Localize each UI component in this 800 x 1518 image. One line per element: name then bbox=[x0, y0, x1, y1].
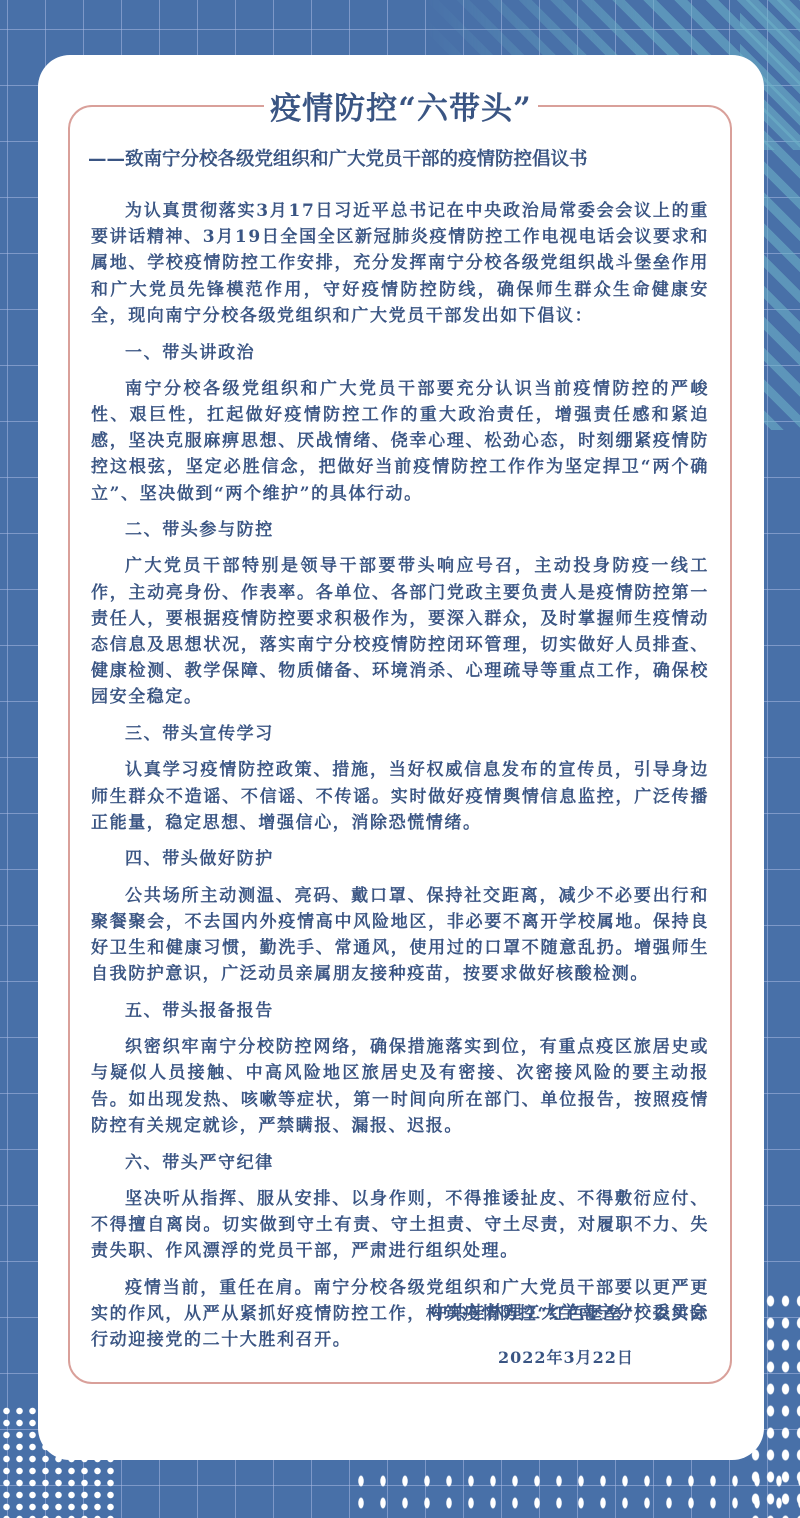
page-title: 疫情防控“六带头” bbox=[264, 83, 538, 128]
section-heading-6: 六、带头严守纪律 bbox=[91, 1150, 709, 1176]
signature: 中共桂林理工大学南宁分校委员会 bbox=[431, 1298, 709, 1323]
document-card: 疫情防控“六带头” ——致南宁分校各级党组织和广大党员干部的疫情防控倡议书 为认… bbox=[38, 55, 764, 1460]
section-text-4: 公共场所主动测温、亮码、戴口罩、保持社交距离，减少不必要出行和聚餐聚会，不去国内… bbox=[91, 883, 709, 988]
document-body: 为认真贯彻落实3月17日习近平总书记在中央政治局常委会会议上的重要讲话精神、3月… bbox=[91, 198, 709, 1364]
date: 2022年3月22日 bbox=[498, 1345, 634, 1368]
title-wrapper: 疫情防控“六带头” bbox=[38, 83, 764, 128]
section-heading-1: 一、带头讲政治 bbox=[91, 340, 709, 366]
section-text-5: 织密织牢南宁分校防控网络，确保措施落实到位，有重点疫区旅居史或与疑似人员接触、中… bbox=[91, 1034, 709, 1139]
page-subtitle: ——致南宁分校各级党组织和广大党员干部的疫情防控倡议书 bbox=[88, 145, 728, 171]
section-text-2: 广大党员干部特别是领导干部要带头响应号召，主动投身防疫一线工作，主动亮身份、作表… bbox=[91, 553, 709, 710]
dot-pattern-bottom-right bbox=[350, 1470, 800, 1518]
section-heading-5: 五、带头报备报告 bbox=[91, 998, 709, 1024]
section-heading-3: 三、带头宣传学习 bbox=[91, 721, 709, 747]
section-text-1: 南宁分校各级党组织和广大党员干部要充分认识当前疫情防控的严峻性、艰巨性，扛起做好… bbox=[91, 376, 709, 507]
section-heading-2: 二、带头参与防控 bbox=[91, 517, 709, 543]
section-text-6: 坚决听从指挥、服从安排、以身作则，不得推诿扯皮、不得敷衍应付、不得擅自离岗。切实… bbox=[91, 1186, 709, 1265]
intro-paragraph: 为认真贯彻落实3月17日习近平总书记在中央政治局常委会会议上的重要讲话精神、3月… bbox=[91, 198, 709, 329]
section-heading-4: 四、带头做好防护 bbox=[91, 846, 709, 872]
section-text-3: 认真学习疫情防控政策、措施，当好权威信息发布的宣传员，引导身边师生群众不造谣、不… bbox=[91, 757, 709, 836]
